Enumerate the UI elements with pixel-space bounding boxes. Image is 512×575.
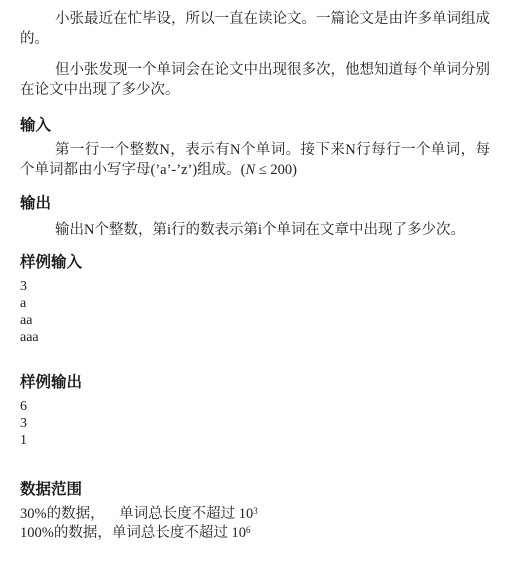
sample-input-block: 3 a aa aaa [20, 278, 490, 346]
sample-output-line: 3 [20, 415, 490, 432]
sample-output-line: 1 [20, 432, 490, 449]
data-range-line-100: 100%的数据，单词总长度不超过 106 [20, 524, 490, 543]
sample-output-block: 6 3 1 [20, 398, 490, 449]
data-range-heading: 数据范围 [20, 481, 490, 499]
data-range-line-30-text: 30%的数据， 单词总长度不超过 [20, 506, 239, 522]
sample-input-line: aa [20, 312, 490, 329]
sample-input-line: a [20, 295, 490, 312]
intro-paragraph-2: 但小张发现一个单词会在论文中出现很多次，他想知道每个单词分别在论文中出现了多少次… [20, 60, 490, 100]
data-range-line-30: 30%的数据， 单词总长度不超过 103 [20, 505, 490, 524]
intro-paragraph-1: 小张最近在忙毕设，所以一直在读论文。一篇论文是由许多单词组成的。 [20, 9, 490, 49]
sample-output-heading: 样例输出 [20, 374, 490, 392]
input-section-heading: 输入 [20, 117, 490, 135]
sample-input-line: 3 [20, 278, 490, 295]
limit-exponent: 6 [246, 525, 251, 535]
data-range-limit-100: 106 [231, 525, 250, 541]
input-constraint-variable: N [246, 162, 256, 178]
limit-base: 10 [239, 506, 254, 522]
data-range-line-100-text: 100%的数据，单词总长度不超过 [20, 525, 231, 541]
limit-exponent: 3 [253, 506, 258, 516]
input-constraint: (N ≤ 200) [241, 162, 297, 178]
sample-input-line: aaa [20, 329, 490, 346]
output-section-heading: 输出 [20, 195, 490, 213]
limit-base: 10 [231, 525, 246, 541]
sample-output-line: 6 [20, 398, 490, 415]
data-range-limit-30: 103 [239, 506, 258, 522]
sample-input-heading: 样例输入 [20, 254, 490, 272]
output-description: 输出N个整数，第i行的数表示第i个单词在文章中出现了多少次。 [20, 220, 490, 240]
input-description: 第一行一个整数N，表示有N个单词。接下来N行每行一个单词，每个单词都由小写字母(… [20, 140, 490, 180]
problem-document: 小张最近在忙毕设，所以一直在读论文。一篇论文是由许多单词组成的。 但小张发现一个… [0, 0, 512, 543]
input-constraint-rest: ≤ 200) [255, 162, 297, 178]
